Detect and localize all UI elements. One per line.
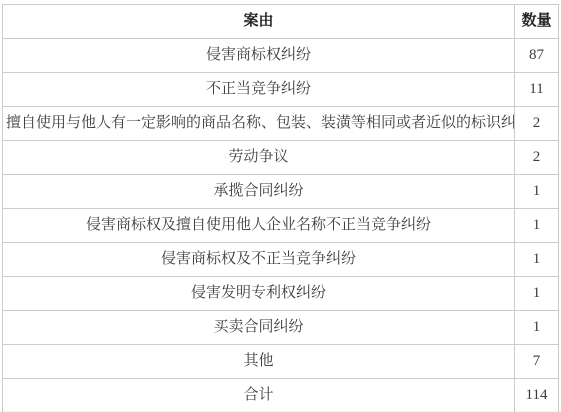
cause-cell: 买卖合同纠纷 <box>3 311 515 345</box>
table-row: 侵害商标权及不正当竞争纠纷 1 <box>3 243 559 277</box>
count-cell: 11 <box>515 73 559 107</box>
page: 案由 数量 侵害商标权纠纷 87 不正当竞争纠纷 11 擅自使用与他人有一定影响… <box>0 4 561 412</box>
count-cell: 2 <box>515 141 559 175</box>
cause-cell: 擅自使用与他人有一定影响的商品名称、包装、装潢等相同或者近似的标识纠纷 <box>3 107 515 141</box>
table-header-row: 案由 数量 <box>3 5 559 39</box>
table-row: 劳动争议 2 <box>3 141 559 175</box>
table-row: 买卖合同纠纷 1 <box>3 311 559 345</box>
count-cell: 87 <box>515 39 559 73</box>
cause-cell: 合计 <box>3 379 515 412</box>
count-cell: 7 <box>515 345 559 379</box>
count-cell: 1 <box>515 277 559 311</box>
table-row: 侵害商标权纠纷 87 <box>3 39 559 73</box>
count-cell: 2 <box>515 107 559 141</box>
cause-cell: 承揽合同纠纷 <box>3 175 515 209</box>
cause-cell: 不正当竞争纠纷 <box>3 73 515 107</box>
table-row: 侵害商标权及擅自使用他人企业名称不正当竞争纠纷 1 <box>3 209 559 243</box>
table-row: 侵害发明专利权纠纷 1 <box>3 277 559 311</box>
cause-cell: 其他 <box>3 345 515 379</box>
count-cell: 1 <box>515 311 559 345</box>
table-row: 合计 114 <box>3 379 559 412</box>
cause-cell: 侵害商标权及擅自使用他人企业名称不正当竞争纠纷 <box>3 209 515 243</box>
table-row: 不正当竞争纠纷 11 <box>3 73 559 107</box>
cause-cell: 侵害商标权及不正当竞争纠纷 <box>3 243 515 277</box>
table-row: 承揽合同纠纷 1 <box>3 175 559 209</box>
count-column-header: 数量 <box>515 5 559 39</box>
table-body: 侵害商标权纠纷 87 不正当竞争纠纷 11 擅自使用与他人有一定影响的商品名称、… <box>3 39 559 412</box>
cause-cell: 侵害发明专利权纠纷 <box>3 277 515 311</box>
count-cell: 114 <box>515 379 559 412</box>
cause-cell: 劳动争议 <box>3 141 515 175</box>
cause-column-header: 案由 <box>3 5 515 39</box>
table-row: 其他 7 <box>3 345 559 379</box>
count-cell: 1 <box>515 209 559 243</box>
table-row: 擅自使用与他人有一定影响的商品名称、包装、装潢等相同或者近似的标识纠纷 2 <box>3 107 559 141</box>
count-cell: 1 <box>515 243 559 277</box>
cause-cell: 侵害商标权纠纷 <box>3 39 515 73</box>
case-statistics-table: 案由 数量 侵害商标权纠纷 87 不正当竞争纠纷 11 擅自使用与他人有一定影响… <box>2 4 559 412</box>
count-cell: 1 <box>515 175 559 209</box>
